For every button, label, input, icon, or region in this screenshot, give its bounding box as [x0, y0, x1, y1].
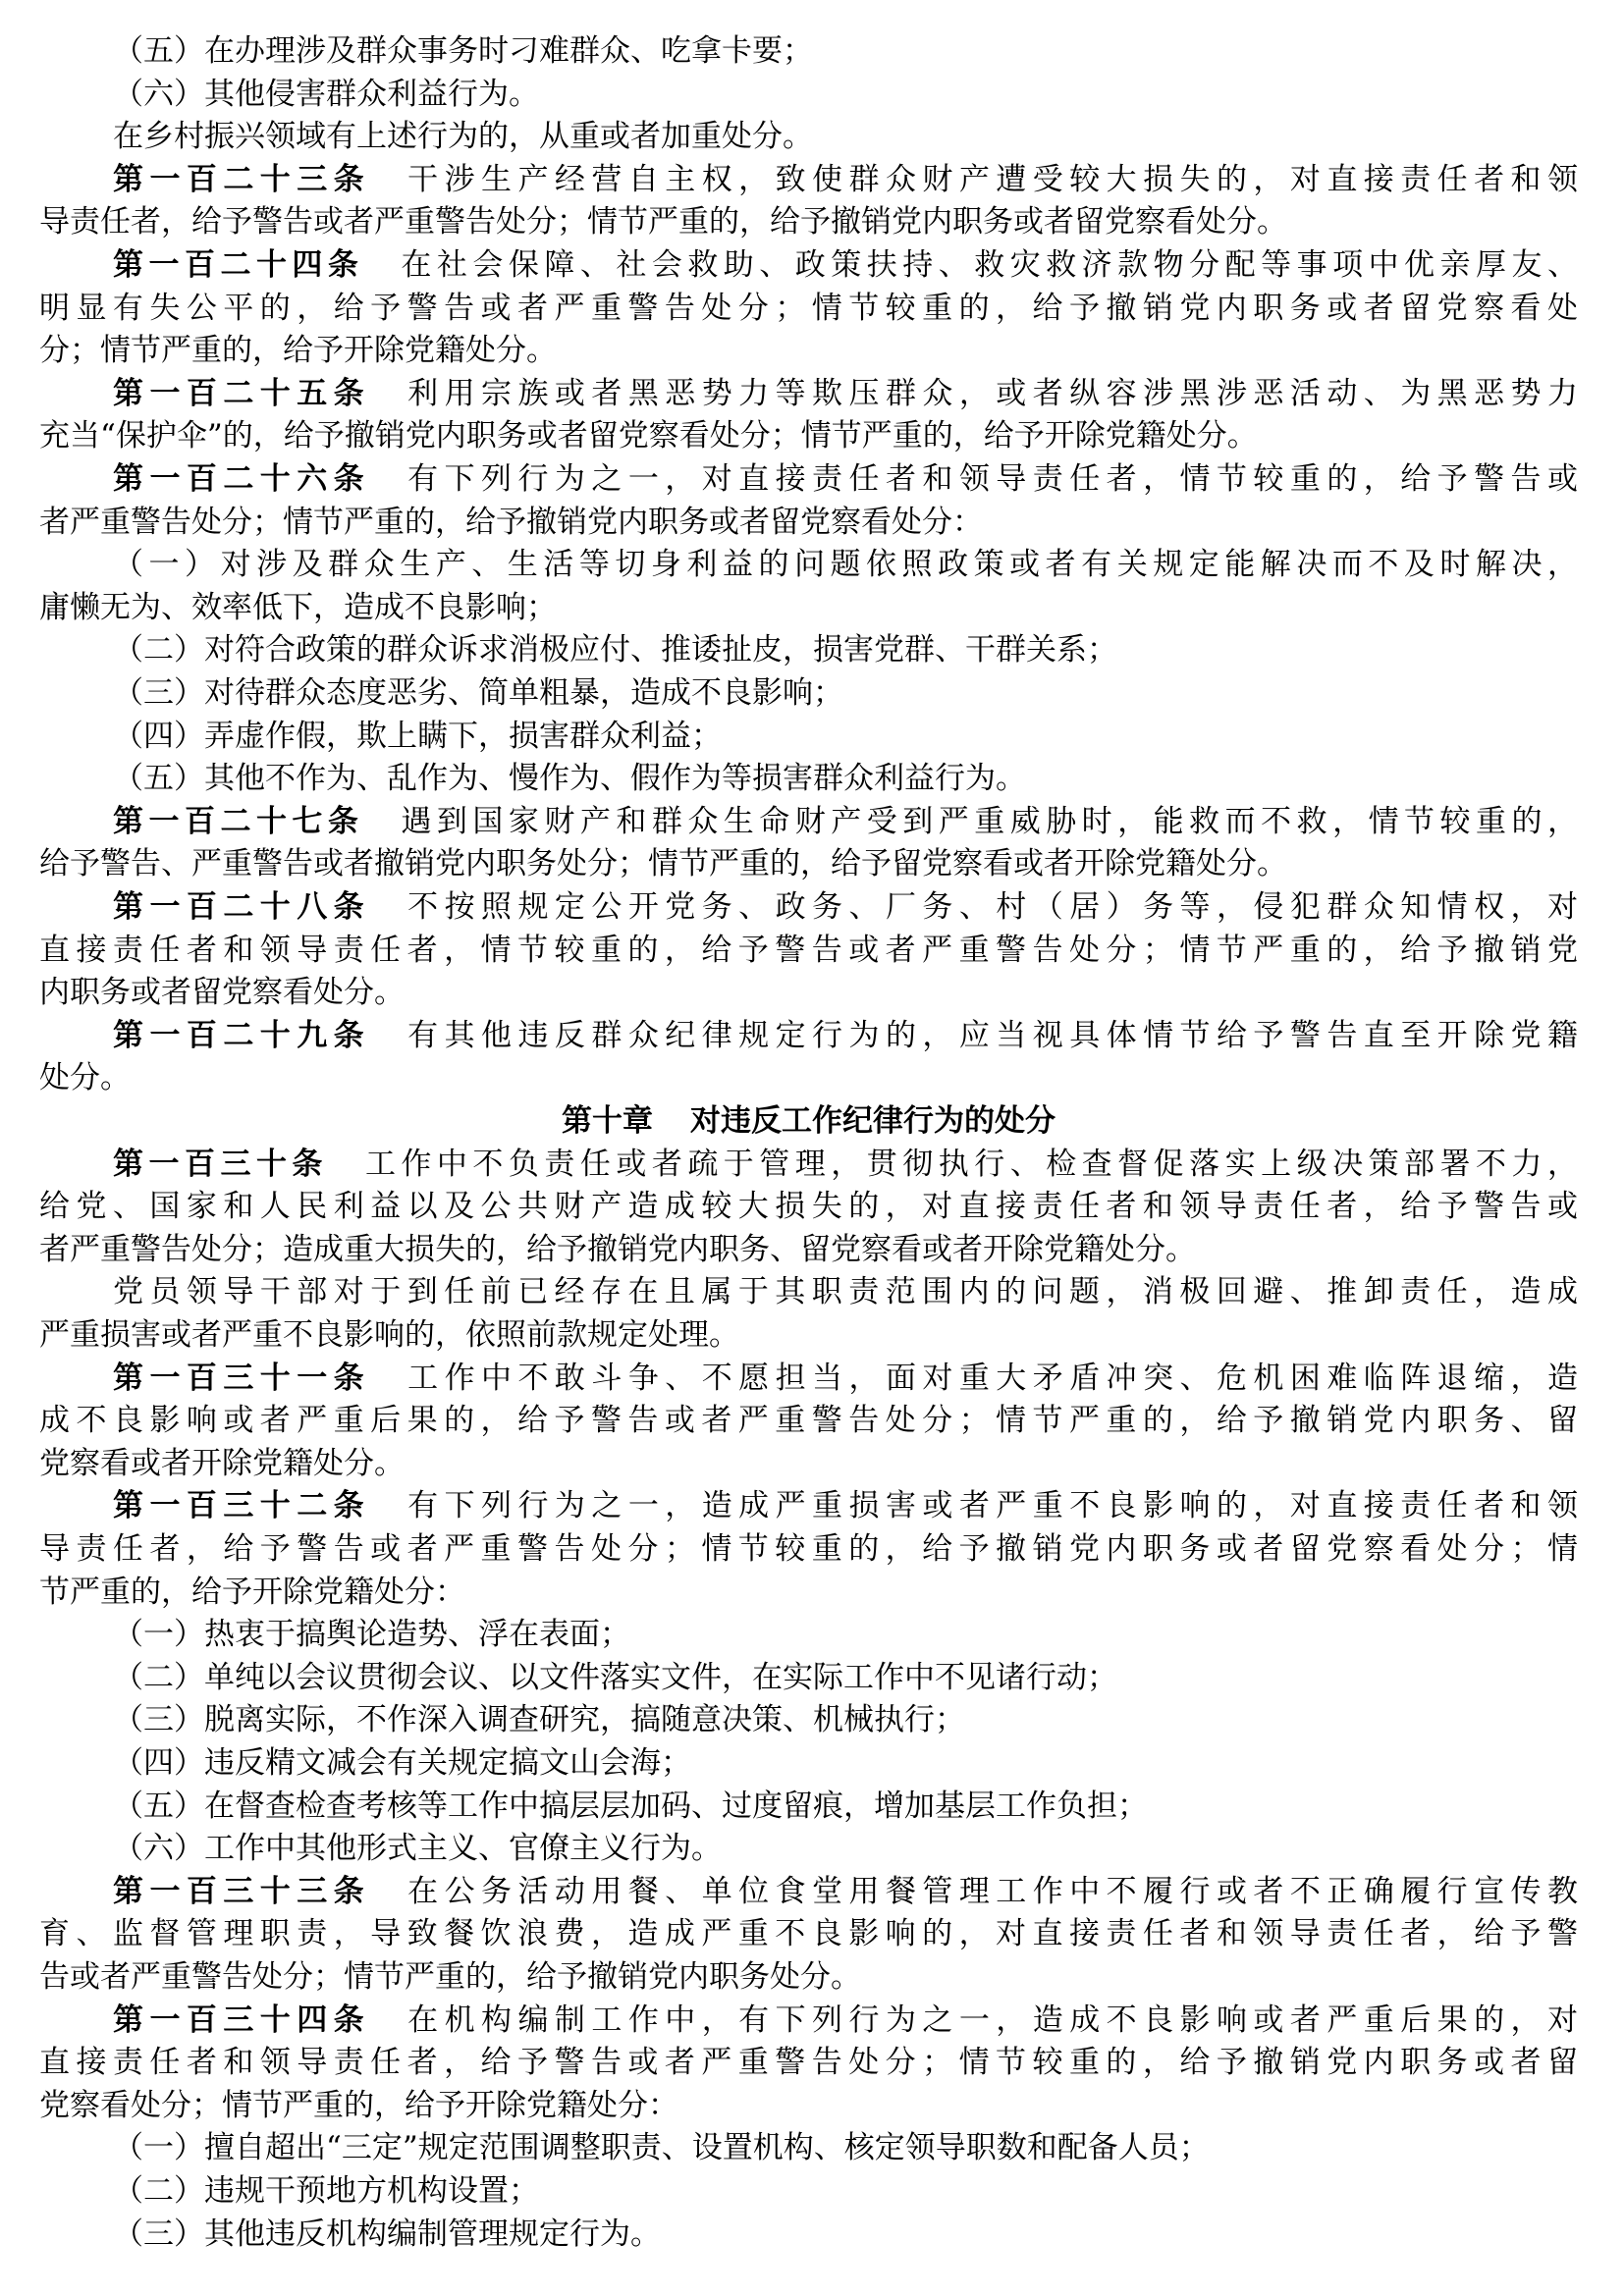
chapter-heading: 第十章对违反工作纪律行为的处分	[39, 1099, 1578, 1143]
list-item-line: （二）违规干预地方机构设置；	[39, 2169, 1578, 2213]
text-line: 庸懒无为、效率低下，造成不良影响；	[39, 586, 1578, 629]
list-item-line: （二）单纯以会议贯彻会议、以文件落实文件，在实际工作中不见诸行动；	[39, 1656, 1578, 1699]
article-text: 在社会保障、社会救助、政策扶持、救灾救济款物分配等事项中优亲厚友、	[401, 247, 1578, 283]
article-text: 工作中不敢斗争、不愿担当，面对重大矛盾冲突、危机困难临阵退缩，造	[407, 1361, 1578, 1396]
article-text: 干涉生产经营自主权，致使群众财产遭受较大损失的，对直接责任者和领	[407, 162, 1578, 197]
list-item-line: （三）对待群众态度恶劣、简单粗暴，造成不良影响；	[39, 671, 1578, 715]
chapter-title: 对违反工作纪律行为的处分	[690, 1103, 1056, 1139]
article-text: 遇到国家财产和群众生命财产受到严重威胁时，能救而不救，情节较重的，	[401, 804, 1578, 839]
list-item-line: （一）对涉及群众生产、生活等切身利益的问题依照政策或者有关规定能解决而不及时解决…	[39, 543, 1578, 586]
article-text: 不按照规定公开党务、政务、厂务、村（居）务等，侵犯群众知情权，对	[407, 889, 1578, 925]
article-first-line: 第一百二十九条有其他违反群众纪律规定行为的，应当视具体情节给予警告直至开除党籍	[39, 1014, 1578, 1057]
article-number: 第一百二十五条	[113, 376, 370, 411]
article-text: 有下列行为之一，造成严重损害或者严重不良影响的，对直接责任者和领	[407, 1488, 1578, 1523]
article-first-line: 第一百二十八条不按照规定公开党务、政务、厂务、村（居）务等，侵犯群众知情权，对	[39, 885, 1578, 929]
list-item-line: （五）其他不作为、乱作为、慢作为、假作为等损害群众利益行为。	[39, 757, 1578, 800]
list-item-line: （六）工作中其他形式主义、官僚主义行为。	[39, 1827, 1578, 1870]
article-text: 在公务活动用餐、单位食堂用餐管理工作中不履行或者不正确履行宣传教	[407, 1874, 1578, 1909]
article-first-line: 第一百二十六条有下列行为之一，对直接责任者和领导责任者，情节较重的，给予警告或	[39, 457, 1578, 501]
list-item-line: （四）违反精文减会有关规定搞文山会海；	[39, 1741, 1578, 1785]
list-item-line: （五）在办理涉及群众事务时刁难群众、吃拿卡要；	[39, 29, 1578, 73]
article-text: 有其他违反群众纪律规定行为的，应当视具体情节给予警告直至开除党籍	[407, 1018, 1578, 1053]
list-item-line: （一）擅自超出“三定”规定范围调整职责、设置机构、核定领导职数和配备人员；	[39, 2126, 1578, 2169]
text-line: 直接责任者和领导责任者，情节较重的，给予警告或者严重警告处分；情节严重的，给予撤…	[39, 929, 1578, 972]
list-item-line: （一）热衷于搞舆论造势、浮在表面；	[39, 1613, 1578, 1656]
list-item-line: （三）其他违反机构编制管理规定行为。	[39, 2213, 1578, 2256]
article-text: 工作中不负责任或者疏于管理，贯彻执行、检查督促落实上级决策部署不力，	[365, 1147, 1578, 1182]
text-line: 分；情节严重的，给予开除党籍处分。	[39, 329, 1578, 372]
article-number: 第一百三十一条	[113, 1361, 370, 1396]
text-line: 节严重的，给予开除党籍处分：	[39, 1571, 1578, 1614]
text-line: 内职务或者留党察看处分。	[39, 971, 1578, 1014]
article-first-line: 第一百三十三条在公务活动用餐、单位食堂用餐管理工作中不履行或者不正确履行宣传教	[39, 1870, 1578, 1913]
article-first-line: 第一百二十三条干涉生产经营自主权，致使群众财产遭受较大损失的，对直接责任者和领	[39, 158, 1578, 201]
article-first-line: 第一百三十二条有下列行为之一，造成严重损害或者严重不良影响的，对直接责任者和领	[39, 1484, 1578, 1527]
article-number: 第一百三十二条	[113, 1488, 370, 1523]
article-number: 第一百二十三条	[113, 162, 370, 197]
article-first-line: 第一百三十四条在机构编制工作中，有下列行为之一，造成不良影响或者严重后果的，对	[39, 1999, 1578, 2042]
text-line: 处分。	[39, 1056, 1578, 1099]
text-line: 者严重警告处分；造成重大损失的，给予撤销党内职务、留党察看或者开除党籍处分。	[39, 1228, 1578, 1271]
list-item-line: （四）弄虚作假，欺上瞒下，损害群众利益；	[39, 715, 1578, 758]
text-line: 党察看或者开除党籍处分。	[39, 1442, 1578, 1485]
text-line: 导责任者，给予警告或者严重警告处分；情节严重的，给予撤销党内职务或者留党察看处分…	[39, 200, 1578, 243]
list-item-line: （六）其他侵害群众利益行为。	[39, 73, 1578, 116]
text-line: 成不良影响或者严重后果的，给予警告或者严重警告处分；情节严重的，给予撤销党内职务…	[39, 1399, 1578, 1442]
text-line: 导责任者，给予警告或者严重警告处分；情节较重的，给予撤销党内职务或者留党察看处分…	[39, 1527, 1578, 1571]
paragraph-first-line: 在乡村振兴领域有上述行为的，从重或者加重处分。	[39, 115, 1578, 158]
article-number: 第一百二十七条	[113, 804, 363, 839]
text-line: 严重损害或者严重不良影响的，依照前款规定处理。	[39, 1313, 1578, 1357]
article-first-line: 第一百二十七条遇到国家财产和群众生命财产受到严重威胁时，能救而不救，情节较重的，	[39, 800, 1578, 843]
document-page: （五）在办理涉及群众事务时刁难群众、吃拿卡要；（六）其他侵害群众利益行为。在乡村…	[39, 0, 1578, 2296]
article-first-line: 第一百二十四条在社会保障、社会救助、政策扶持、救灾救济款物分配等事项中优亲厚友、	[39, 243, 1578, 287]
article-first-line: 第一百三十一条工作中不敢斗争、不愿担当，面对重大矛盾冲突、危机困难临阵退缩，造	[39, 1357, 1578, 1400]
article-first-line: 第一百二十五条利用宗族或者黑恶势力等欺压群众，或者纵容涉黑涉恶活动、为黑恶势力	[39, 372, 1578, 415]
paragraph-first-line: 党员领导干部对于到任前已经存在且属于其职责范围内的问题，消极回避、推卸责任，造成	[39, 1270, 1578, 1313]
article-number: 第一百二十九条	[113, 1018, 370, 1053]
article-number: 第一百三十三条	[113, 1874, 370, 1909]
list-item-line: （二）对符合政策的群众诉求消极应付、推诿扯皮，损害党群、干群关系；	[39, 628, 1578, 671]
article-number: 第一百三十条	[113, 1147, 328, 1182]
chapter-number: 第十章	[562, 1103, 653, 1139]
text-line: 充当“保护伞”的，给予撤销党内职务或者留党察看处分；情节严重的，给予开除党籍处分…	[39, 414, 1578, 457]
text-line: 党察看处分；情节严重的，给予开除党籍处分：	[39, 2084, 1578, 2127]
article-number: 第一百二十四条	[113, 247, 363, 283]
article-number: 第一百三十四条	[113, 2002, 370, 2038]
list-item-line: （五）在督查检查考核等工作中搞层层加码、过度留痕，增加基层工作负担；	[39, 1785, 1578, 1828]
text-line: 告或者严重警告处分；情节严重的，给予撤销党内职务处分。	[39, 1955, 1578, 1999]
text-line: 育、监督管理职责，导致餐饮浪费，造成严重不良影响的，对直接责任者和领导责任者，给…	[39, 1912, 1578, 1955]
text-line: 给党、国家和人民利益以及公共财产造成较大损失的，对直接责任者和领导责任者，给予警…	[39, 1185, 1578, 1228]
text-line: 给予警告、严重警告或者撤销党内职务处分；情节严重的，给予留党察看或者开除党籍处分…	[39, 842, 1578, 885]
article-text: 有下列行为之一，对直接责任者和领导责任者，情节较重的，给予警告或	[407, 461, 1578, 497]
text-line: 明显有失公平的，给予警告或者严重警告处分；情节较重的，给予撤销党内职务或者留党察…	[39, 287, 1578, 330]
article-number: 第一百二十八条	[113, 889, 370, 925]
text-line: 直接责任者和领导责任者，给予警告或者严重警告处分；情节较重的，给予撤销党内职务或…	[39, 2041, 1578, 2084]
article-text: 利用宗族或者黑恶势力等欺压群众，或者纵容涉黑涉恶活动、为黑恶势力	[407, 376, 1578, 411]
article-number: 第一百二十六条	[113, 461, 370, 497]
list-item-line: （三）脱离实际，不作深入调查研究，搞随意决策、机械执行；	[39, 1698, 1578, 1741]
article-first-line: 第一百三十条工作中不负责任或者疏于管理，贯彻执行、检查督促落实上级决策部署不力，	[39, 1143, 1578, 1186]
article-text: 在机构编制工作中，有下列行为之一，造成不良影响或者严重后果的，对	[407, 2002, 1578, 2038]
text-line: 者严重警告处分；情节严重的，给予撤销党内职务或者留党察看处分：	[39, 501, 1578, 544]
